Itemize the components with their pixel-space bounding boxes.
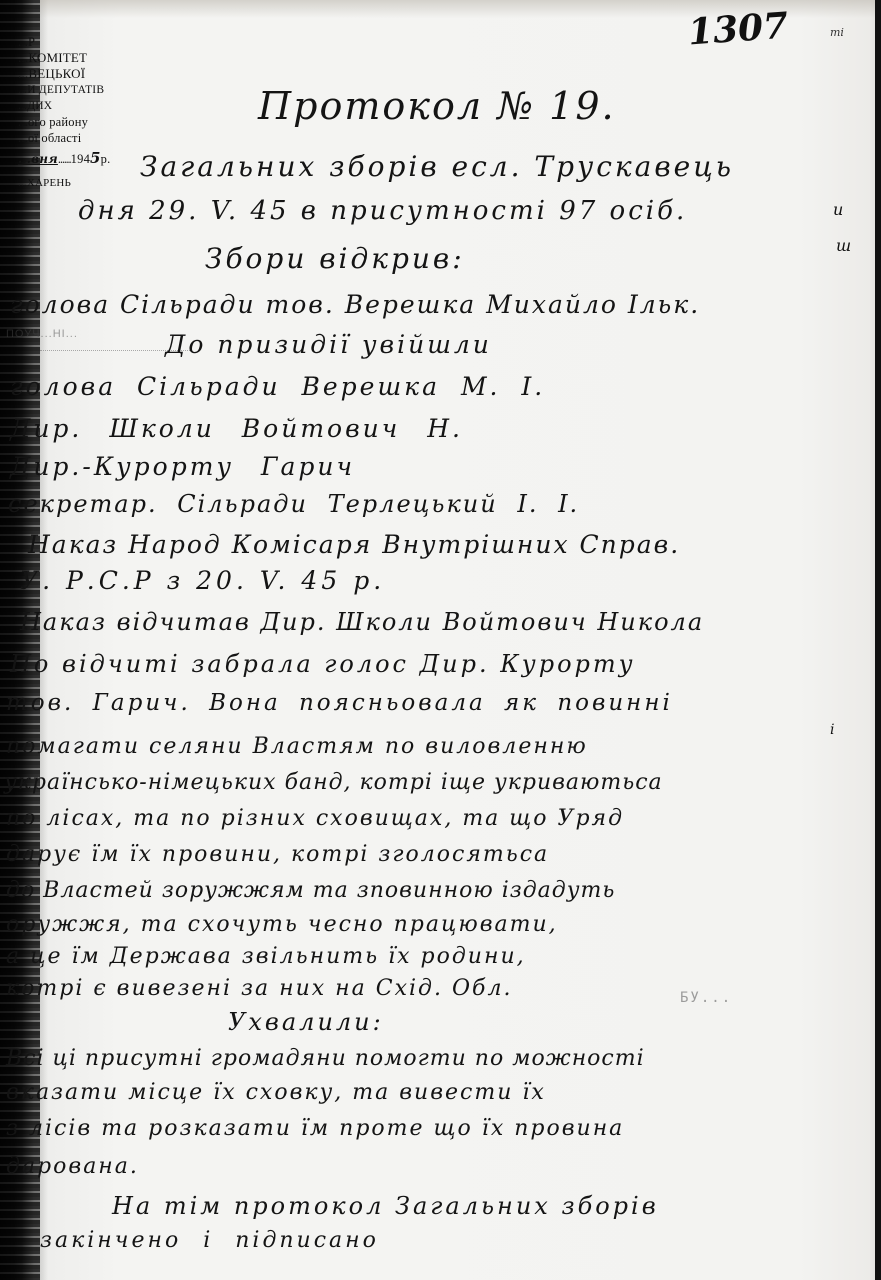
handwritten-line: Всі ці присутні громадяни помогти по мож… bbox=[6, 1046, 645, 1071]
handwritten-line: Дир.-Курорту Гарич bbox=[10, 452, 355, 481]
handwritten-line: помагати селяни Властям по виловленню bbox=[6, 734, 588, 759]
ghost-print-text: ПОУЧ...НІ... bbox=[6, 328, 78, 340]
letterhead-line: ...ого району bbox=[18, 114, 128, 130]
handwritten-line: До призидії увійшли bbox=[165, 330, 492, 359]
letterhead-date-month: ...вня bbox=[18, 152, 58, 166]
letterhead-line: ...ої області bbox=[18, 130, 128, 146]
letterhead-line: ...И ДЕПУТАТІВ bbox=[18, 82, 128, 98]
letterhead-line: ...ВЕЦЬКОЇ bbox=[18, 66, 128, 82]
handwritten-line: Дир. Школи Войтович Н. bbox=[10, 414, 463, 443]
letterhead-line: ...ДИХ bbox=[18, 98, 128, 114]
handwritten-line: котрі є вивезені за них на Схід. Обл. bbox=[6, 976, 512, 1001]
margin-mark: и bbox=[833, 200, 843, 219]
handwritten-line: по лісах, та по різних сховищах, та що У… bbox=[6, 806, 624, 831]
handwritten-line: У. Р.С.Р з 20. V. 45 р. bbox=[20, 566, 385, 595]
letterhead-stamp: ...Р ...КОМІТЕТ ...ВЕЦЬКОЇ ...И ДЕПУТАТІ… bbox=[18, 44, 128, 191]
letterhead-line: ...Р bbox=[18, 34, 128, 50]
handwritten-line: Збори відкрив: bbox=[205, 242, 465, 275]
handwritten-line: На тім протокол Загальних зборів bbox=[112, 1192, 659, 1220]
letterhead-date: ...вня......1945р. bbox=[18, 150, 128, 167]
handwritten-line: Загальних зборів есл. Трускавець bbox=[140, 150, 734, 183]
document-title: Протокол № 19. bbox=[258, 84, 616, 128]
archive-number: 1307 bbox=[687, 5, 790, 54]
section-heading-resolved: Ухвалили: bbox=[228, 1008, 384, 1036]
letterhead-date-dots: ...... bbox=[58, 152, 71, 166]
letterhead-date-suffix: р. bbox=[101, 152, 111, 166]
letterhead-date-year-hand: 5 bbox=[90, 149, 101, 167]
letterhead-ref-label: ...ХАРЕНЬ bbox=[18, 175, 128, 191]
scan-right-edge bbox=[875, 0, 881, 1280]
handwritten-line: дарує їм їх провини, котрі зголосятьса bbox=[6, 842, 549, 867]
handwritten-line: оружжя, та схочуть чесно працювати, bbox=[6, 912, 558, 937]
margin-mark: і bbox=[830, 722, 834, 738]
handwritten-line: закінчено і підписано bbox=[40, 1228, 379, 1253]
handwritten-line: вказати місце їх сховку, та вивести їх bbox=[6, 1080, 546, 1105]
handwritten-line: секретар. Сільради Терлецький І. І. bbox=[8, 490, 579, 518]
handwritten-line: тов. Гарич. Вона поясньовала як повинні bbox=[6, 690, 673, 716]
letterhead-line: ...КОМІТЕТ bbox=[18, 50, 128, 66]
handwritten-line: дня 29. V. 45 в присутності 97 осіб. bbox=[78, 196, 687, 226]
handwritten-line: голова Сільради тов. Верешка Михайло Іль… bbox=[10, 290, 700, 319]
handwritten-line: дарована. bbox=[6, 1154, 139, 1179]
handwritten-line: По відчиті забрала голос Дир. Курорту bbox=[10, 650, 636, 678]
handwritten-line: Наказ Народ Комісаря Внутрішних Справ. bbox=[28, 530, 680, 559]
handwritten-line: Наказ відчитав Дир. Школи Войтович Никол… bbox=[20, 608, 704, 636]
archive-number-suffix: ті bbox=[830, 26, 844, 39]
letterhead-date-year: 194 bbox=[71, 152, 90, 166]
handwritten-line: українсько-німецьких банд, котрі іще укр… bbox=[4, 770, 663, 795]
handwritten-line: до Властей зоружжям та зповинною іздадут… bbox=[6, 878, 615, 903]
handwritten-line: голова Сільради Верешка М. І. bbox=[10, 372, 545, 401]
margin-mark: ш bbox=[836, 236, 851, 255]
faint-stamp: БУ... bbox=[680, 990, 732, 1006]
handwritten-line: з лісів та розказати їм проте що їх пров… bbox=[6, 1116, 624, 1141]
handwritten-line: а це їм Держава звільнить їх родини, bbox=[6, 944, 526, 969]
